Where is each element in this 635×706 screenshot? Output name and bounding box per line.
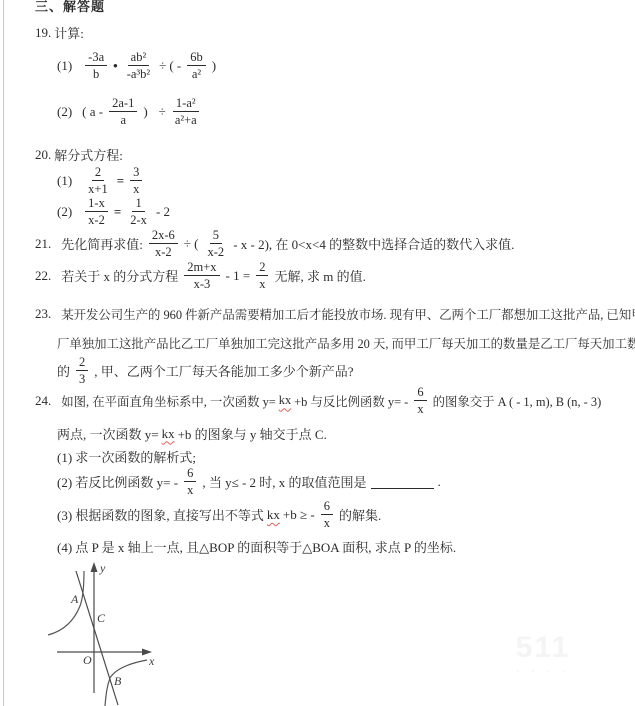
spellcheck-wavy-kx: kx	[267, 507, 280, 523]
fraction-denominator: x-2	[205, 244, 228, 259]
problem-24-sub2: (2) 若反比例函数 y= - 6 x , 当 y≤ - 2 时, x 的取值范…	[57, 466, 441, 498]
linear-function-line	[76, 571, 118, 705]
point-b-label: B	[114, 674, 122, 688]
problem-24-sub3: (3) 根据函数的图象, 直接写出不等式 kx +b ≥ - 6 x 的解集.	[57, 499, 381, 531]
watermark-text: 511	[458, 632, 628, 664]
expression-prefix: ( a -	[82, 104, 103, 120]
fraction: 2m+x x-3	[184, 260, 219, 292]
problem-23-text-line1: 某开发公司生产的 960 件新产品需要精加工后才能投放市场. 现有甲、乙两个工厂…	[61, 305, 635, 323]
problem-20-number: 20.	[35, 147, 51, 163]
fraction: 6 x	[414, 385, 426, 417]
fraction-denominator: x	[130, 181, 142, 196]
divide-operator: ÷	[159, 104, 166, 120]
close-paren: )	[212, 58, 216, 74]
problem-19-header: 19. 计算:	[35, 23, 84, 42]
problem-19-title: 计算:	[54, 23, 84, 42]
problem-24-line2: 两点, 一次函数 y= kx +b 的图象与 y 轴交于点 C.	[57, 424, 327, 443]
fraction-denominator: x-3	[191, 276, 214, 291]
part-label: (1)	[57, 58, 72, 74]
problem-22-number: 22.	[35, 268, 51, 284]
fraction-denominator: x	[184, 482, 196, 497]
origin-label: O	[83, 653, 92, 667]
problem-20-header: 20. 解分式方程:	[35, 145, 123, 164]
sub2-text-b: , 当 y≤ - 2 时, x 的取值范围是	[202, 472, 366, 491]
close-paren: )	[143, 104, 147, 120]
fraction-denominator: b	[90, 66, 102, 81]
fraction: 5 x-2	[205, 228, 228, 260]
problem-24-line2-b: +b 的图象与 y 轴交于点 C.	[178, 424, 327, 443]
fraction-denominator: x	[414, 401, 426, 416]
x-axis-label: x	[148, 654, 155, 668]
sub3-text-a: (3) 根据函数的图象, 直接写出不等式	[57, 505, 264, 524]
section-title: 三、解答题	[35, 0, 105, 15]
page-left-edge	[3, 0, 4, 706]
fraction-numerator: 6	[184, 466, 196, 482]
problem-21-number: 21.	[35, 236, 51, 252]
problem-21: 21. 先化简再求值: 2x-6 x-2 ÷ ( 5 x-2 - x - 2),…	[35, 228, 514, 260]
problem-23-line2: 厂单独加工这批产品比乙工厂单独加工完这批产品多用 20 天, 而甲工厂每天加工的…	[57, 334, 635, 352]
fraction-denominator: 2-x	[127, 212, 150, 227]
fraction-numerator: 1	[132, 196, 144, 212]
watermark-subtext: · · · ·	[458, 664, 628, 678]
fraction-denominator: a²	[189, 66, 204, 81]
equals-operator: =	[117, 173, 124, 189]
fraction-numerator: 1-a²	[173, 96, 199, 112]
point-a-label: A	[70, 592, 79, 606]
fraction-numerator: 2a-1	[109, 96, 137, 112]
problem-21-prefix: 先化简再求值:	[61, 234, 143, 253]
fraction-numerator: 2m+x	[184, 260, 219, 276]
problem-22: 22. 若关于 x 的分式方程 2m+x x-3 - 1 = 2 x 无解, 求…	[35, 260, 366, 292]
fraction: 2 x	[256, 260, 268, 292]
point-c-label: C	[97, 611, 106, 625]
fraction-denominator: x+1	[85, 181, 111, 196]
fraction-numerator: 5	[210, 228, 222, 244]
fraction-denominator: -a³b²	[124, 66, 153, 81]
fraction-numerator: 6b	[187, 50, 206, 66]
problem-24-sub4: (4) 点 P 是 x 轴上一点, 且△BOP 的面积等于△BOA 面积, 求点…	[57, 537, 456, 556]
problem-20-title: 解分式方程:	[54, 145, 123, 164]
sub2-text-a: (2) 若反比例函数 y= -	[57, 472, 178, 491]
problem-19-number: 19.	[35, 25, 51, 41]
part-label: (2)	[57, 104, 72, 120]
spellcheck-wavy-kx: kx	[162, 426, 175, 442]
problem-23-text-line3-prefix: 的	[57, 361, 70, 380]
fraction-numerator: 3	[130, 165, 142, 181]
problem-23-number: 23.	[35, 306, 51, 322]
fraction: 1-x x-2	[85, 196, 108, 228]
problem-23-text-line3-tail: , 甲、乙两个工厂每天各能加工多少个新产品?	[94, 361, 353, 380]
open-paren: ( -	[169, 58, 181, 74]
problem-20-part1: (1) 2 x+1 = 3 x	[57, 165, 145, 197]
fraction: 6 x	[184, 466, 196, 498]
fraction: 6b a²	[187, 50, 206, 82]
problem-24-line1-a: 如图, 在平面直角坐标系中, 一次函数 y=	[61, 392, 276, 410]
y-axis-arrow-icon	[91, 562, 98, 572]
sub3-text-b: +b ≥ -	[283, 507, 315, 523]
fraction-denominator: x-2	[152, 244, 175, 259]
problem-24-line1-c: 的图象交于 A ( - 1, m), B (n, - 3)	[433, 392, 602, 410]
sub3-text-c: 的解集.	[339, 505, 381, 524]
problem-19-part2: (2) ( a - 2a-1 a ) ÷ 1-a² a²+a	[57, 96, 203, 128]
divide-operator: ÷	[159, 58, 166, 74]
equation-middle: - 1 =	[226, 268, 251, 284]
fraction-numerator: 6	[321, 499, 333, 515]
problem-24-line2-a: 两点, 一次函数 y=	[57, 424, 159, 443]
fraction-denominator: x	[321, 515, 333, 530]
multiply-dot-operator: •	[113, 58, 118, 74]
problem-24-line1: 24. 如图, 在平面直角坐标系中, 一次函数 y= kx +b 与反比例函数 …	[35, 385, 601, 417]
problem-23-line1: 23. 某开发公司生产的 960 件新产品需要精加工后才能投放市场. 现有甲、乙…	[35, 305, 635, 323]
fraction: 3 x	[130, 165, 142, 197]
problem-20-part2: (2) 1-x x-2 = 1 2-x - 2	[57, 196, 170, 228]
fraction: 1 2-x	[127, 196, 150, 228]
fraction-denominator: a	[117, 112, 129, 127]
fraction: -3a b	[85, 50, 107, 82]
fraction: 1-a² a²+a	[172, 96, 200, 128]
sub2-period: .	[438, 474, 441, 490]
problem-22-prefix: 若关于 x 的分式方程	[61, 266, 178, 285]
fraction-numerator: 6	[414, 385, 426, 401]
problem-19-part1: (1) -3a b • ab² -a³b² ÷ ( - 6b a² )	[57, 50, 216, 82]
part-label: (1)	[57, 173, 72, 189]
fraction-denominator: a²+a	[172, 112, 200, 127]
divide-open-paren: ÷ (	[184, 236, 199, 252]
answer-blank-line	[371, 475, 434, 489]
problem-23-text-line2: 厂单独加工这批产品比乙工厂单独加工完这批产品多用 20 天, 而甲工厂每天加工的…	[57, 337, 635, 351]
watermark-logo: 511 · · · ·	[458, 632, 628, 678]
fraction: 2a-1 a	[109, 96, 137, 128]
fraction-numerator: 1-x	[85, 196, 108, 212]
problem-23-line3: 的 2 3 , 甲、乙两个工厂每天各能加工多少个新产品?	[57, 355, 354, 387]
equals-operator: =	[114, 204, 121, 220]
problem-24-sub1: (1) 求一次函数的解析式;	[57, 447, 196, 466]
problem-21-tail: - x - 2), 在 0<x<4 的整数中选择合适的数代入求值.	[233, 234, 514, 253]
problem-22-tail: 无解, 求 m 的值.	[274, 266, 365, 285]
fraction-numerator: ab²	[128, 50, 150, 66]
spellcheck-wavy-kx: kx	[279, 393, 291, 408]
fraction: 2x-6 x-2	[149, 228, 178, 260]
exam-document-page: 三、解答题 19. 计算: (1) -3a b • ab² -a³b² ÷ ( …	[0, 0, 635, 706]
part-label: (2)	[57, 204, 72, 220]
problem-24-number: 24.	[35, 393, 51, 409]
fraction-numerator: -3a	[85, 50, 107, 66]
fraction-numerator: 2	[76, 355, 88, 371]
fraction: 2 3	[76, 355, 88, 387]
expression-tail: - 2	[156, 204, 170, 220]
problem-24-line1-b: +b 与反比例函数 y= -	[294, 392, 408, 410]
fraction: 2 x+1	[85, 165, 111, 197]
fraction: ab² -a³b²	[124, 50, 153, 82]
fraction-numerator: 2	[92, 165, 104, 181]
fraction: 6 x	[321, 499, 333, 531]
fraction-numerator: 2x-6	[149, 228, 178, 244]
fraction-denominator: x-2	[85, 212, 108, 227]
coordinate-plane-figure: y x O A C B	[45, 556, 235, 706]
fraction-denominator: x	[256, 276, 268, 291]
y-axis-label: y	[99, 561, 106, 575]
fraction-numerator: 2	[256, 260, 268, 276]
